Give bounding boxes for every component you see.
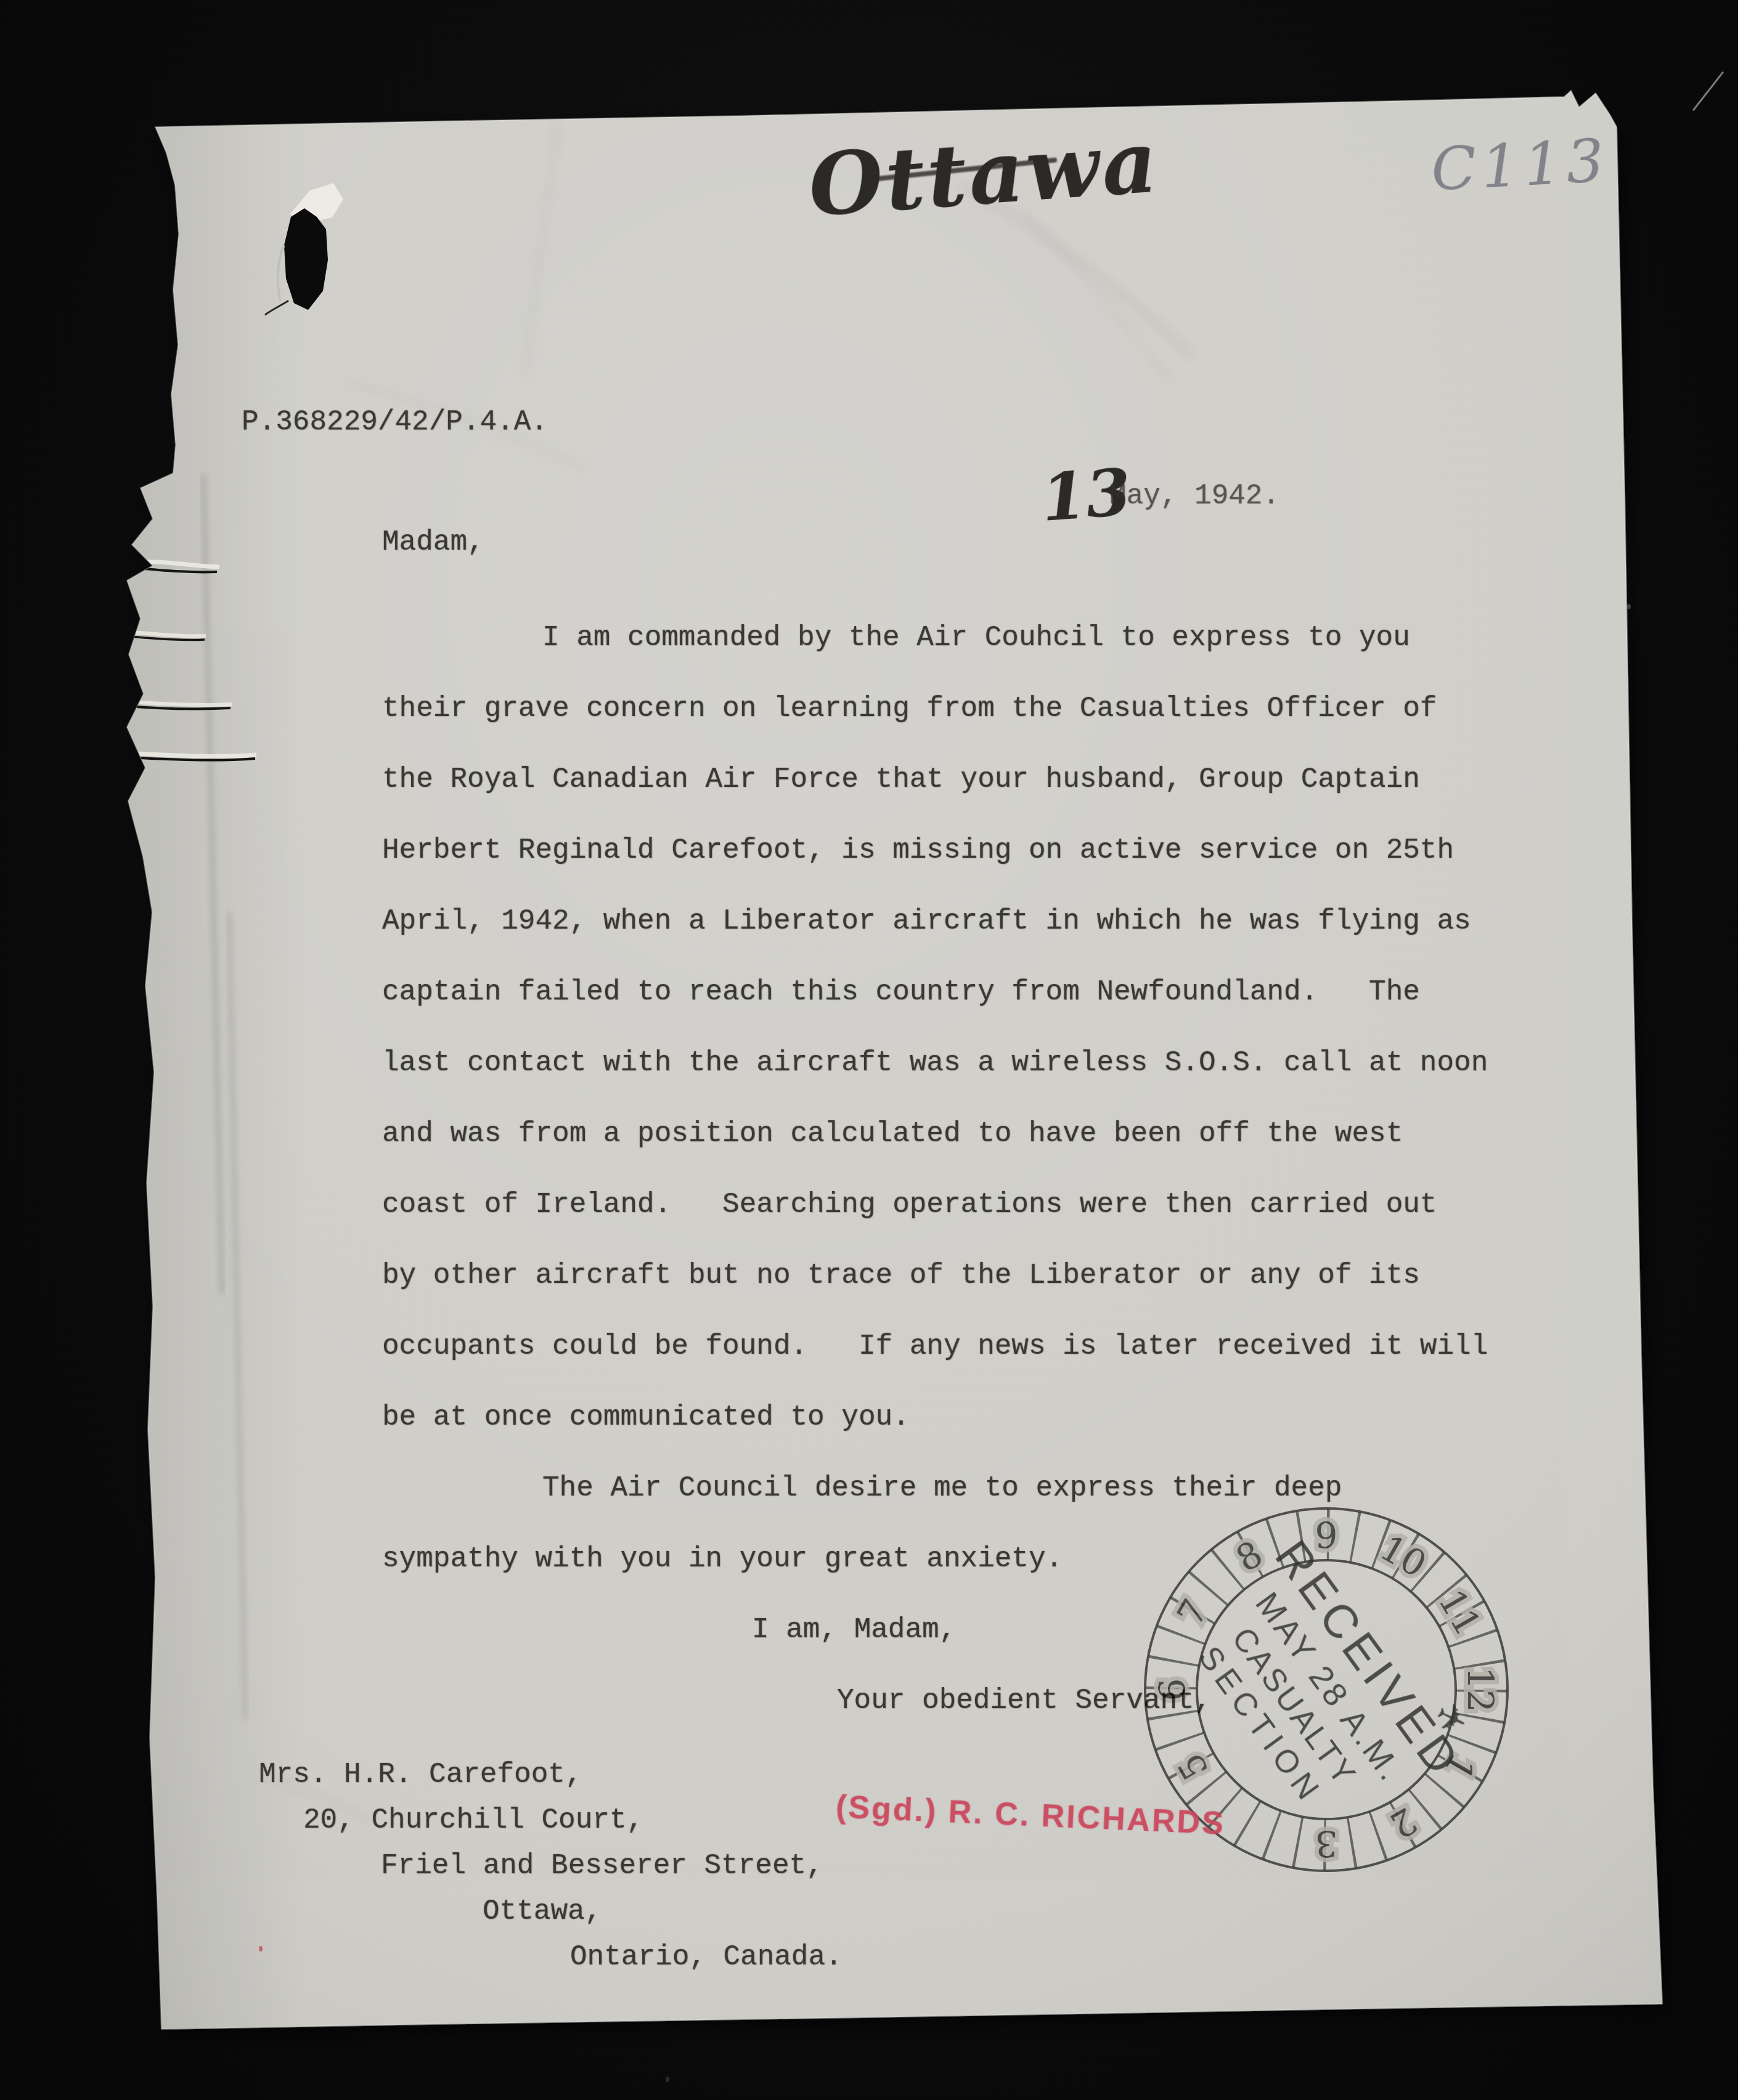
dial-number: 3 — [1315, 1823, 1338, 1865]
dust-speck — [666, 2077, 669, 2082]
closing-line: I am, Madam, — [752, 1616, 956, 1644]
typed-date: May, 1942. — [1109, 482, 1279, 510]
body-line: coast of Ireland. Searching operations w… — [382, 1190, 1437, 1219]
body-line: their grave concern on learning from the… — [382, 694, 1437, 723]
reference-number: P.368229/42/P.4.A. — [242, 408, 548, 436]
dust-speck — [1627, 604, 1631, 609]
address-line: Mrs. H.R. Carefoot, — [259, 1760, 582, 1789]
body-line: captain failed to reach this country fro… — [382, 978, 1420, 1006]
body-line: Herbert Reginald Carefoot, is missing on… — [382, 836, 1454, 865]
address-line: Ontario, Canada. — [570, 1943, 842, 1971]
body-line: the Royal Canadian Air Force that your h… — [382, 765, 1420, 794]
body-line: I am commanded by the Air Couhcil to exp… — [542, 624, 1410, 652]
scanned-letter-page: Ottawa C113 P.368229/42/P.4.A. 13 May, 1… — [0, 0, 1738, 2100]
address-line: Friel and Besserer Street, — [381, 1852, 823, 1880]
body-line: be at once communicated to you. — [382, 1403, 910, 1431]
body-line: sympathy with you in your great anxiety. — [382, 1545, 1063, 1573]
pencil-file-code: C113 — [1429, 126, 1610, 205]
dial-number: 2 — [1383, 1799, 1424, 1847]
body-line: and was from a position calculated to ha… — [382, 1120, 1403, 1148]
body-line: last contact with the aircraft was a wir… — [382, 1049, 1488, 1077]
dial-number: 11 — [1430, 1582, 1490, 1643]
edge-hole — [131, 280, 149, 294]
salutation: Madam, — [382, 528, 484, 556]
body-line: April, 1942, when a Liberator aircraft i… — [382, 907, 1471, 935]
dial-number: 8 — [1229, 1532, 1270, 1580]
address-line: Ottawa, — [483, 1897, 602, 1926]
red-speck — [259, 1946, 263, 1951]
address-line: 20, Churchill Court, — [303, 1806, 643, 1834]
body-line: The Air Council desire me to express the… — [542, 1474, 1342, 1502]
body-line: occupants could be found. If any news is… — [382, 1332, 1488, 1361]
dial-number: 6 — [1151, 1679, 1193, 1701]
dial-number: 5 — [1169, 1746, 1217, 1787]
body-line: by other aircraft but no trace of the Li… — [382, 1261, 1420, 1290]
dial-number: 7 — [1169, 1592, 1217, 1633]
